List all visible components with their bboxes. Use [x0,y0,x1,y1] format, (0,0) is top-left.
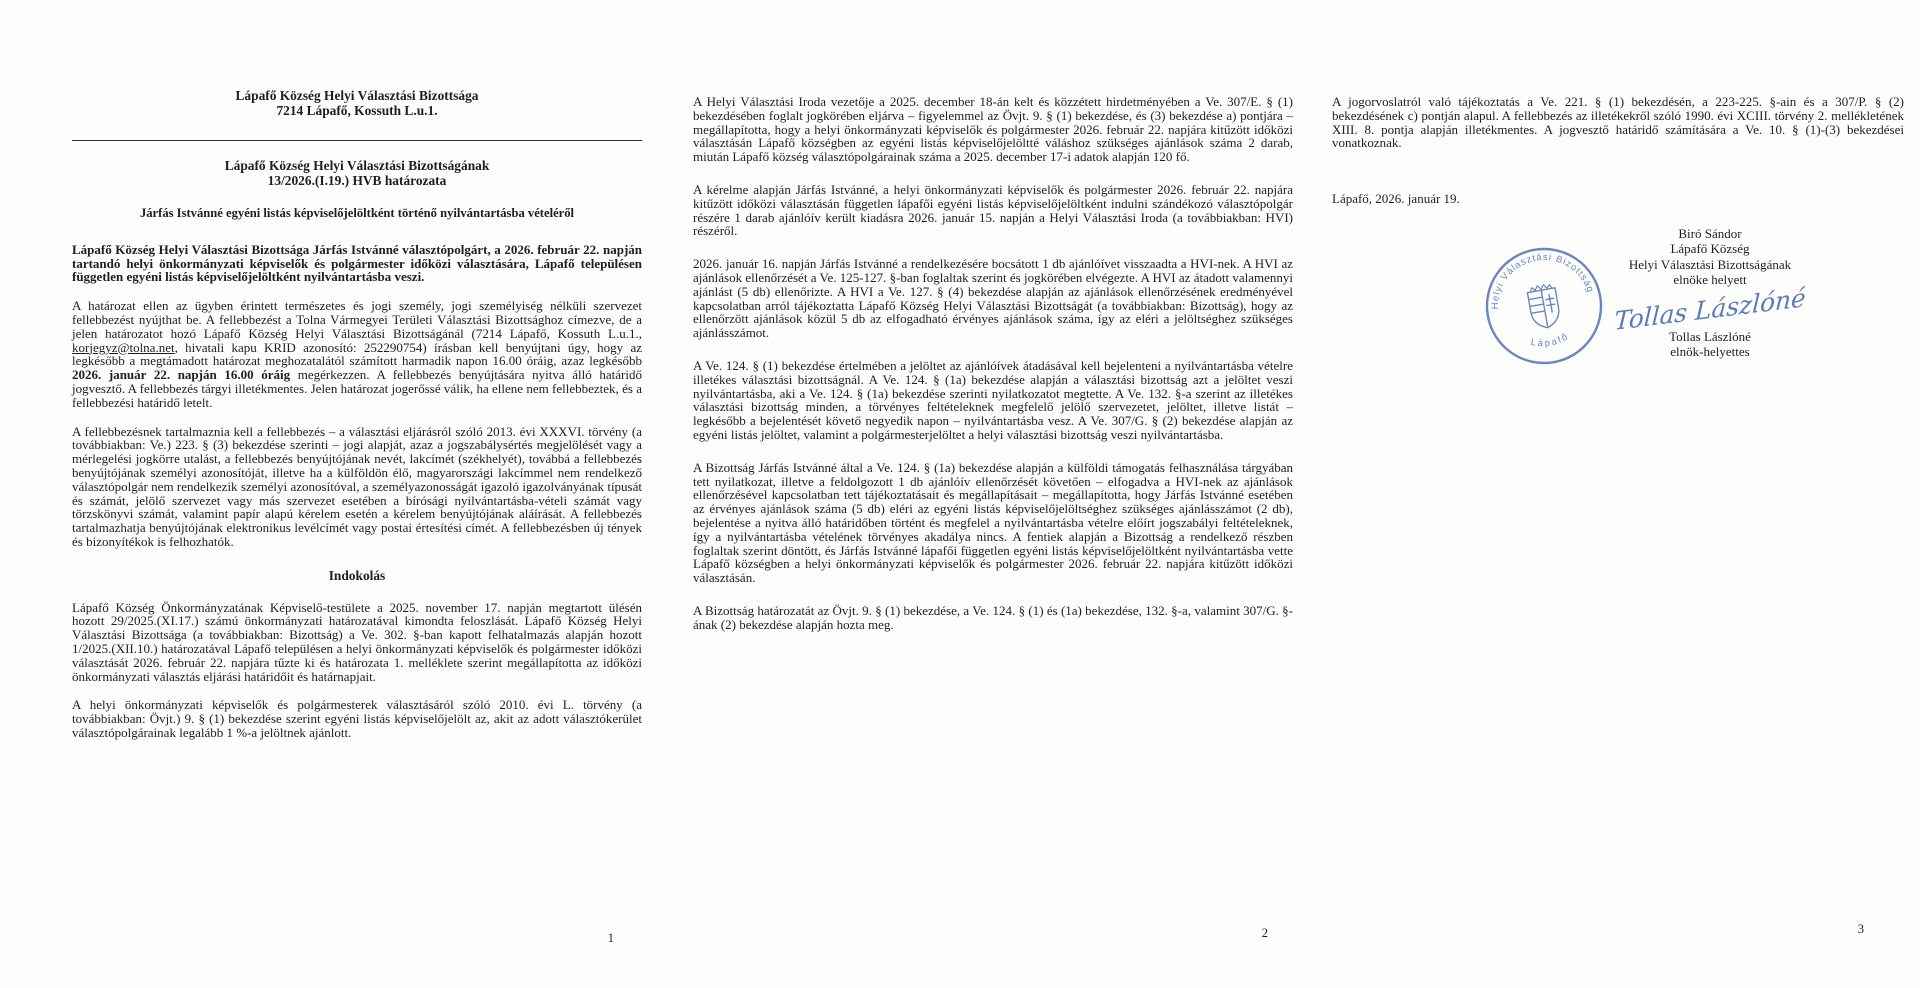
decision-title: Lápafő Község Helyi Választási Bizottság… [72,158,642,188]
page-3: A jogorvoslatról való tájékoztatás a Ve.… [1332,95,1904,937]
header-divider [72,140,642,141]
page-2: A Helyi Választási Iroda vezetője a 2025… [693,95,1293,941]
scanned-document-canvas: { "colors": { "ink": "#1e1e1e", "stamp_b… [0,0,1920,988]
remedy-info-paragraph: A jogorvoslatról való tájékoztatás a Ve.… [1332,95,1904,150]
page-number-3: 3 [1858,923,1864,937]
authority-header: Lápafő Község Helyi Választási Bizottság… [72,88,642,118]
stamp-arc-text: Helyi Választási Bizottság [1482,243,1597,311]
appeal-content-paragraph: A fellebbezésnek tartalmaznia kell a fel… [72,425,642,549]
svg-text:Lápafő: Lápafő [1528,330,1572,352]
signature-area: Helyi Választási Bizottság Lápafő Biró S… [1332,224,1904,554]
signatory-org-line2: Helyi Választási Bizottságának [1590,257,1830,273]
authority-name: Lápafő Község Helyi Választási Bizottság… [72,88,642,103]
reasoning-paragraph-7: A Bizottság Járfás Istvánné által a Ve. … [693,461,1293,585]
date-line: Lápafő, 2026. január 19. [1332,192,1904,206]
page-number-1: 1 [608,932,614,946]
page-number-2: 2 [1262,927,1268,941]
appeal-info-paragraph: A határozat ellen az ügyben érintett ter… [72,299,642,409]
section-heading-indokolas: Indokolás [72,569,642,583]
reasoning-paragraph-6: A Ve. 124. § (1) bekezdése értelmében a … [693,359,1293,442]
legal-basis-paragraph: A Bizottság határozatát az Övjt. 9. § (1… [693,604,1293,632]
signatory-org-line1: Lápafő Község [1590,241,1830,257]
decision-number: 13/2026.(I.19.) HVB határozata [72,173,642,188]
reasoning-paragraph-3: A Helyi Választási Iroda vezetője a 2025… [693,95,1293,164]
operative-part-paragraph: Lápafő Község Helyi Választási Bizottság… [72,243,642,284]
reasoning-paragraph-5: 2026. január 16. napján Járfás Istvánné … [693,257,1293,340]
deputy-role: elnök-helyettes [1590,344,1830,360]
coat-of-arms-icon [1527,283,1562,330]
signatory-block: Biró Sándor Lápafő Község Helyi Választá… [1590,226,1830,360]
reasoning-paragraph-4: A kérelme alapján Járfás Istvánné, a hel… [693,183,1293,238]
svg-text:Helyi Választási Bizottság: Helyi Választási Bizottság [1482,243,1597,311]
authority-address: 7214 Lápafő, Kossuth L.u.1. [72,103,642,118]
stamp-bottom-text: Lápafő [1528,330,1572,352]
contact-email: korjegyz@tolna.net [72,340,175,355]
page-1: Lápafő Község Helyi Választási Bizottság… [72,88,642,946]
decision-subject: Járfás Istvánné egyéni listás képviselőj… [72,207,642,221]
appeal-deadline: 2026. január 22. napján 16.00 óráig [72,367,290,382]
president-name: Biró Sándor [1590,226,1830,242]
decision-title-line1: Lápafő Község Helyi Választási Bizottság… [72,158,642,173]
reasoning-paragraph-1: Lápafő Község Önkormányzatának Képviselő… [72,601,642,684]
appeal-text-run: A határozat ellen az ügyben érintett ter… [72,298,642,341]
reasoning-paragraph-2: A helyi önkormányzati képviselők és polg… [72,698,642,739]
